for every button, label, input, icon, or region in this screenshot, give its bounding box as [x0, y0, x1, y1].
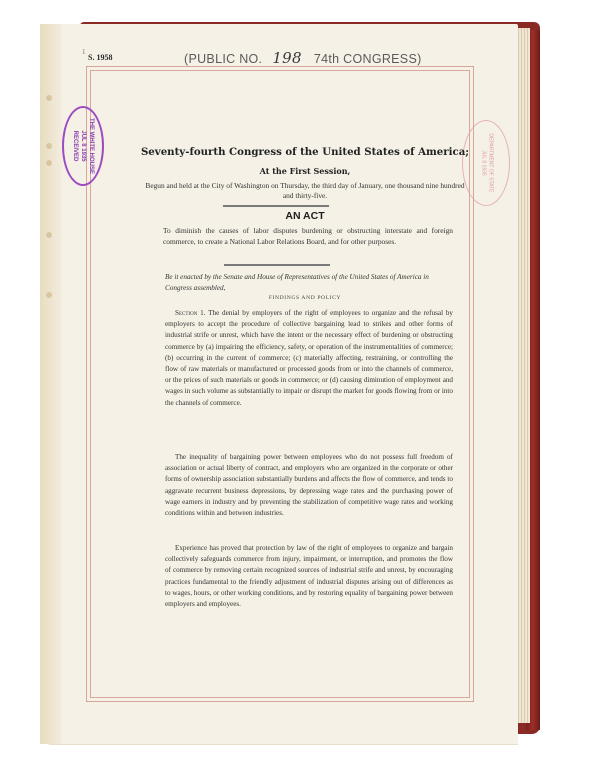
- congress-label: 74th CONGRESS): [314, 52, 422, 66]
- act-heading: AN ACT: [140, 210, 470, 222]
- white-house-received-stamp: THE WHITE HOUSE JUL 8 1935 RECEIVED: [62, 106, 104, 186]
- divider-rule: [223, 205, 329, 207]
- public-no-label: (PUBLIC NO.: [184, 52, 262, 66]
- binding-hole: [46, 143, 52, 149]
- public-no-handwritten: 198: [272, 49, 302, 67]
- stamp-text: DEPARTMENT OF STATE: [486, 134, 493, 193]
- page-binding-edge: [40, 24, 62, 744]
- divider-rule: [224, 264, 330, 266]
- stamp-date: JUL 8 1935: [479, 134, 486, 193]
- paragraph-text: Experience has proved that protection by…: [165, 543, 453, 610]
- public-law-number: (PUBLIC NO.19874th CONGRESS): [184, 49, 422, 67]
- margin-mark: 1: [82, 48, 86, 56]
- bill-number: S. 1958: [88, 53, 112, 62]
- paragraph-experience: Experience has proved that protection by…: [165, 543, 453, 610]
- stamp-text: THE WHITE HOUSE: [87, 118, 95, 174]
- section-heading: FINDINGS AND POLICY: [140, 295, 470, 301]
- paragraph-inequality: The inequality of bargaining power betwe…: [165, 452, 453, 519]
- binding-hole: [46, 160, 52, 166]
- paragraph-text: The inequality of bargaining power betwe…: [165, 452, 453, 519]
- began-line: Begun and held at the City of Washington…: [140, 181, 470, 201]
- act-purpose: To diminish the causes of labor disputes…: [163, 225, 453, 247]
- binding-hole: [46, 232, 52, 238]
- paragraph-section-1: Section 1. The denial by employers of th…: [165, 308, 453, 409]
- binding-hole: [46, 95, 52, 101]
- binding-hole: [46, 292, 52, 298]
- stamp-text: RECEIVED: [71, 118, 79, 174]
- section-label: Section 1.: [175, 309, 205, 317]
- session-line: At the First Session,: [140, 166, 470, 176]
- paragraph-text: The denial by employers of the right of …: [165, 309, 453, 407]
- enacting-clause: Be it enacted by the Senate and House of…: [165, 272, 453, 294]
- stamp-date: JUL 8 1935: [79, 118, 87, 174]
- congress-title: Seventy-fourth Congress of the United St…: [140, 146, 470, 158]
